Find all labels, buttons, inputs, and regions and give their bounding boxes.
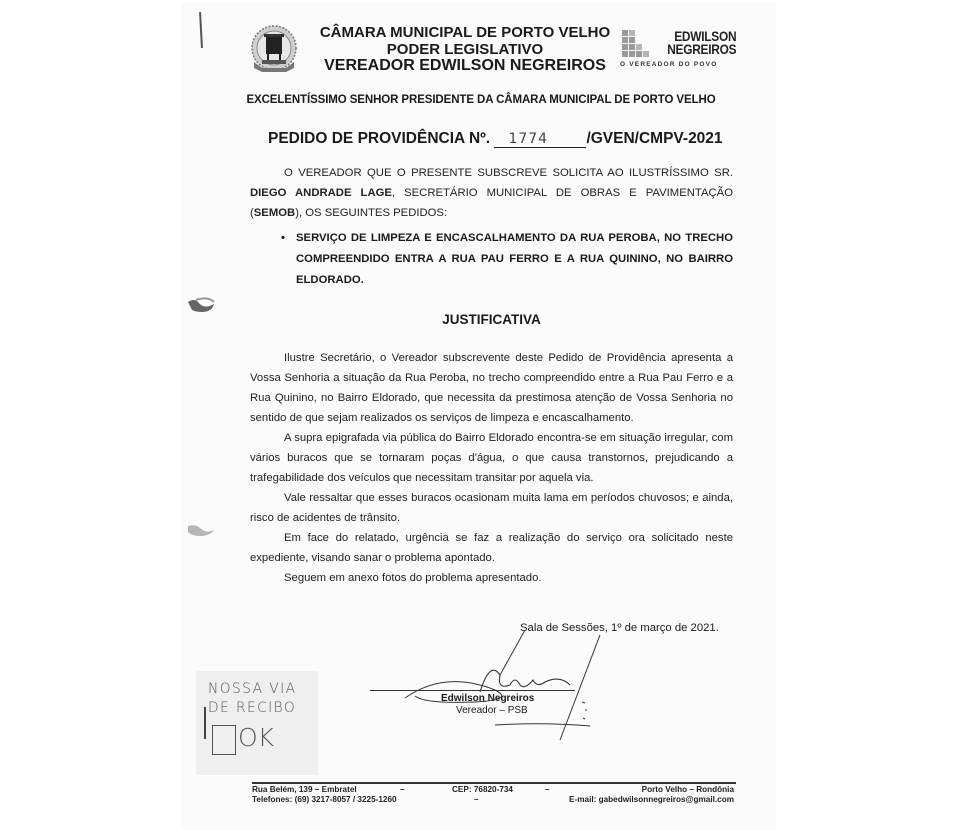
footer-address: Rua Belém, 139 – Embratel [252,785,397,795]
request-title: PEDIDO DE PROVIDÊNCIA Nº. 1774/GVEN/CMPV… [268,130,723,148]
request-number: 1774 [494,131,586,148]
intro-text: O VEREADOR QUE O PRESENTE SUBSCREVE SOLI… [284,167,709,179]
intro-line: O VEREADOR QUE O PRESENTE SUBSCREVE SOLI… [250,163,733,223]
request-item: SERVIÇO DE LIMPEZA E ENCASCALHAMENTO DA … [283,228,733,291]
footer-separator: – [545,785,550,795]
letterhead-line-3: VEREADOR EDWILSON NEGREIROS [300,57,630,75]
brand-name: EDWILSON NEGREIROS [667,30,736,56]
agency-name: SEMOB [254,207,295,219]
justification-paragraph: Seguem em anexo fotos do problema aprese… [250,568,733,588]
footer-cep: CEP: 76820-734 [452,785,513,795]
footer-phones: Telefones: (69) 3217-8057 / 3225-1260 [252,795,397,805]
brand-tagline: O VEREADOR DO POVO [620,61,717,68]
footer-email: E-mail: gabedwilsonnegreiros@gmail.com [569,795,734,805]
footer-address-block: Rua Belém, 139 – Embratel Telefones: (69… [252,785,397,805]
staple-smudge [186,296,218,318]
staple-smudge [186,522,218,540]
brand-logo: EDWILSON NEGREIROS O VEREADOR DO POVO [620,28,740,72]
signature-line [370,690,575,691]
justification-paragraph: Vale ressaltar que esses buracos ocasion… [250,488,733,528]
request-list: • SERVIÇO DE LIMPEZA E ENCASCALHAMENTO D… [283,228,733,291]
signer-name: Edwilson Negreiros [441,693,534,704]
brand-name-last: NEGREIROS [667,43,736,56]
footer-separator: – [400,785,405,795]
note-line-2: DE RECIBO [208,700,296,716]
signer-role: Vereador – PSB [456,705,528,716]
justification-paragraph: Ilustre Secretário, o Vereador subscreve… [250,348,733,428]
note-mark [204,707,206,739]
intro-paragraph: O VEREADOR QUE O PRESENTE SUBSCREVE SOLI… [250,163,733,223]
justification-title: JUSTIFICATIVA [250,312,733,327]
checkbox-icon [212,725,236,755]
justification-paragraph: A supra epigrafada via pública do Bairro… [250,428,733,488]
footer-divider [252,782,736,784]
footer-separator: – [474,795,479,805]
sticky-note: NOSSA VIA DE RECIBO OK [196,671,318,775]
municipal-seal-icon [250,24,298,76]
letterhead-line-1: CÂMARA MUNICIPAL DE PORTO VELHO [300,24,630,41]
place-date: Sala de Sessões, 1º de março de 2021. [520,622,719,634]
note-line-1: NOSSA VIA [208,681,296,697]
letterhead-line-2: PODER LEGISLATIVO [300,41,630,58]
footer-city: Porto Velho – Rondônia [642,785,734,795]
intro-tail: ), OS SEGUINTES PEDIDOS: [295,207,447,219]
request-title-prefix: PEDIDO DE PROVIDÊNCIA Nº. [268,130,490,147]
justification-paragraph: Em face do relatado, urgência se faz a r… [250,528,733,568]
intro-sr: SR. [714,167,733,179]
addressee: EXCELENTÍSSIMO SENHOR PRESIDENTE DA CÂMA… [236,94,726,106]
recipient-name: DIEGO ANDRADE LAGE [250,187,392,199]
bullet-icon: • [281,228,285,249]
request-title-suffix: /GVEN/CMPV-2021 [586,130,722,147]
note-ok: OK [238,723,274,752]
justification-body: Ilustre Secretário, o Vereador subscreve… [250,348,733,588]
